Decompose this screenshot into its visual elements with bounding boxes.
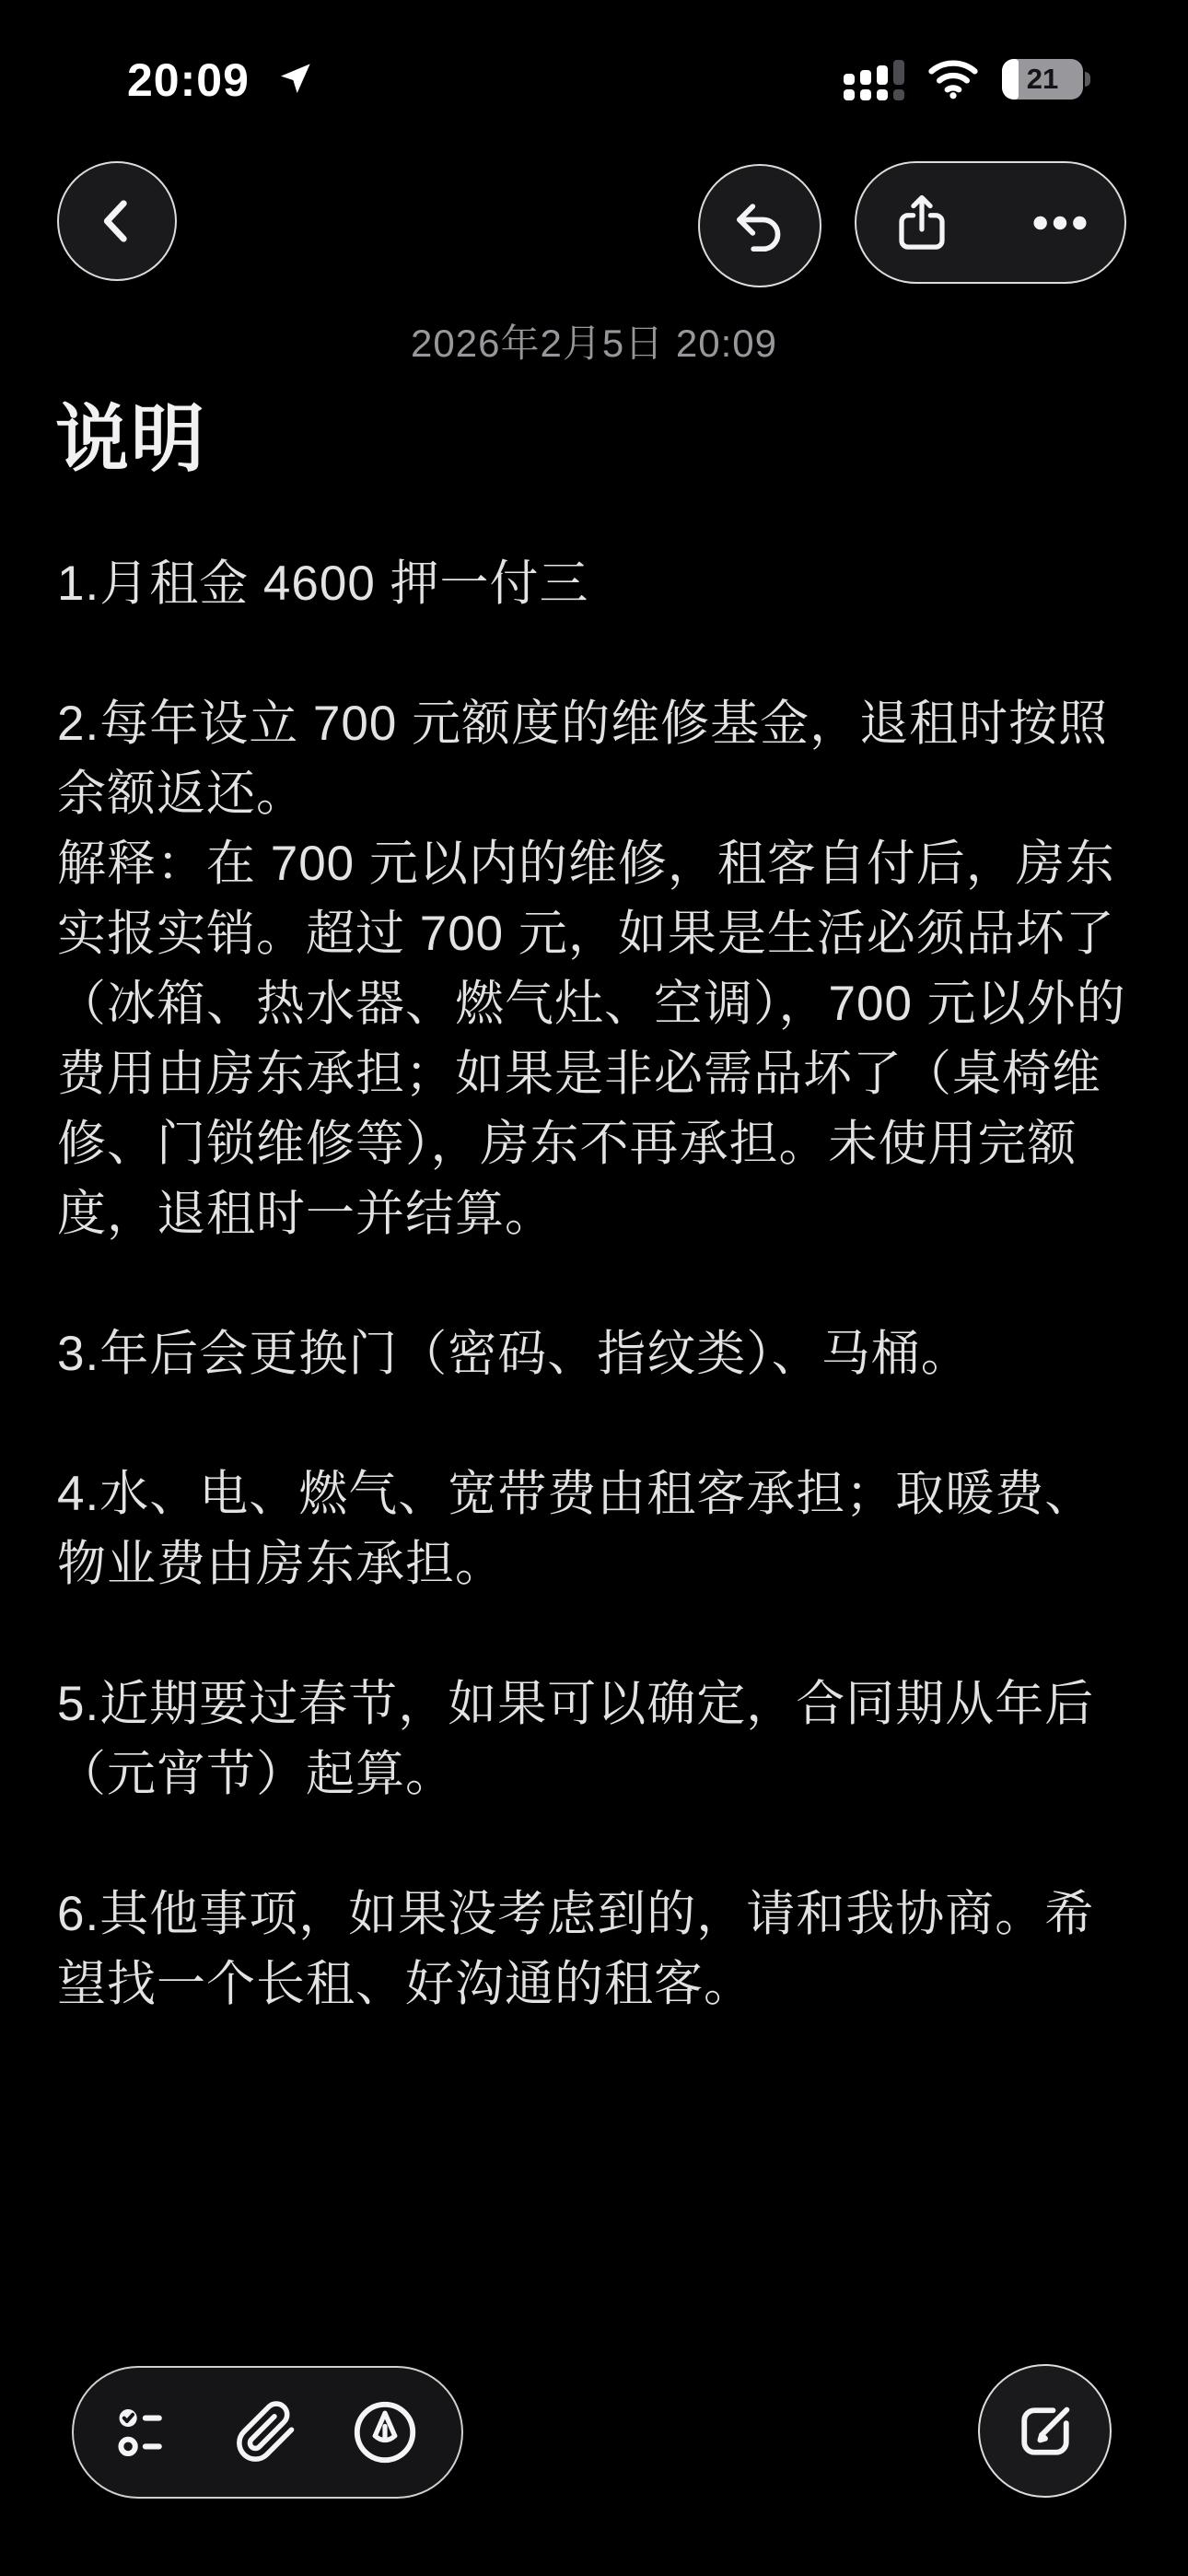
compose-icon xyxy=(1009,2395,1081,2467)
battery-icon: 21 xyxy=(1002,59,1083,100)
note-actions-pill xyxy=(855,161,1126,284)
share-button[interactable] xyxy=(891,189,952,257)
compose-button[interactable] xyxy=(978,2364,1112,2498)
notes-app-screen: { "colors": { "background": "#000000", "… xyxy=(0,0,1188,2576)
undo-arrow-icon xyxy=(728,194,791,257)
back-button[interactable] xyxy=(57,161,177,281)
checklist-button[interactable] xyxy=(114,2398,182,2466)
attachment-button[interactable] xyxy=(234,2400,298,2465)
checklist-icon xyxy=(114,2398,182,2466)
clock: 20:09 xyxy=(127,53,250,107)
battery-percent: 21 xyxy=(1002,59,1083,100)
location-arrow-icon xyxy=(276,61,313,98)
note-body-text[interactable]: 1.月租金 4600 押一付三 2.每年设立 700 元额度的维修基金，退租时按… xyxy=(57,549,1133,2020)
ellipsis-icon xyxy=(1031,212,1089,234)
status-bar: 20:09 xyxy=(0,0,1188,111)
undo-button[interactable] xyxy=(698,164,821,287)
note-title[interactable]: 说明 xyxy=(55,380,206,486)
wifi-icon xyxy=(925,57,982,101)
chevron-left-icon xyxy=(87,192,146,251)
share-icon xyxy=(891,189,952,257)
markup-button[interactable] xyxy=(349,2396,421,2468)
status-icons: 21 xyxy=(844,57,1083,101)
paperclip-icon xyxy=(234,2400,298,2465)
note-date: 2026年2月5日 20:09 xyxy=(0,313,1188,369)
more-button[interactable] xyxy=(1031,212,1089,234)
note-toolbar xyxy=(72,2366,463,2499)
markup-pen-icon xyxy=(349,2396,421,2468)
cellular-signal-icon xyxy=(844,58,904,100)
